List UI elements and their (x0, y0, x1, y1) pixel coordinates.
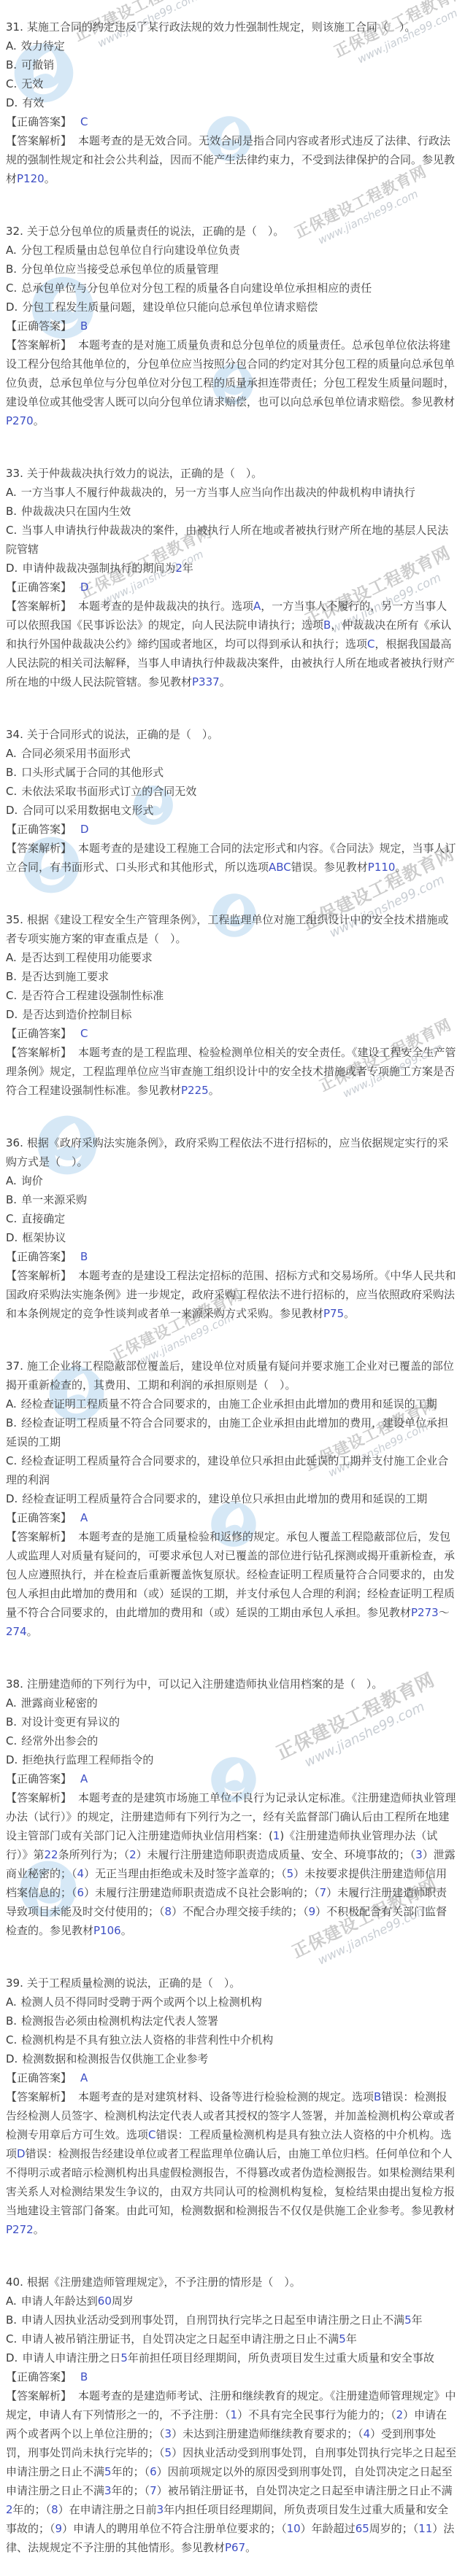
option-line: A.分包工程质量由总包单位自行向建设单位负责 (6, 241, 458, 260)
correct-answer-line: 【正确答案】D (6, 578, 458, 597)
question-stem: 关于合同形式的说法，正确的是（ ）。 (27, 728, 219, 741)
option-text: 询价 (21, 1174, 43, 1187)
option-label: C. (6, 2033, 17, 2047)
option-line: A.效力待定 (6, 36, 458, 55)
analysis-line: 【答案解析】本题考查的是无效合同。无效合同是指合同内容或者形式违反了法律、行政法… (6, 131, 458, 188)
question-number: 34. (6, 728, 23, 741)
analysis-label: 【答案解析】 (6, 600, 72, 613)
option-label: A. (6, 244, 17, 257)
option-line: A.申请人年龄达到60周岁 (6, 2292, 458, 2311)
option-text: 未依法采取书面形式订立的合同无效 (21, 785, 196, 798)
analysis-label: 【答案解析】 (6, 2389, 72, 2402)
option-list: A.经检查证明工程质量不符合合同要求的，由施工企业承担由此增加的费用和延误的工期… (6, 1394, 458, 1508)
option-text: 检测报告必须由检测机构法定代表人签署 (21, 2014, 218, 2028)
option-line: D.经检查证明工程质量符合合同要求的，建设单位只承担由此增加的费用和延误的工期 (6, 1489, 458, 1508)
correct-answer-line: 【正确答案】A (6, 1769, 458, 1788)
option-text: 检测人员不得同时受聘于两个或两个以上检测机构 (21, 1995, 262, 2009)
question-stem: 关于仲裁裁决执行效力的说法，正确的是（ ）。 (27, 467, 263, 480)
option-label: C. (6, 524, 17, 537)
option-label: B. (6, 1416, 17, 1429)
option-label: A. (6, 39, 17, 53)
option-line: D.检测数据和检测报告仅供施工企业参考 (6, 2049, 458, 2068)
option-label: C. (6, 1454, 17, 1467)
analysis-line: 【答案解析】本题考查的是建筑市场施工单位不良行为记录认定标准。《注册建造师执业管… (6, 1788, 458, 1940)
analysis-label: 【答案解析】 (6, 2090, 72, 2103)
option-line: A.一方当事人不履行仲裁裁决的，另一方当事人应当向作出裁决的仲裁机构申请执行 (6, 483, 458, 502)
analysis-label: 【答案解析】 (6, 1530, 72, 1543)
option-label: A. (6, 1174, 17, 1187)
option-line: B.口头形式属于合同的其他形式 (6, 763, 458, 782)
option-label: C. (6, 989, 17, 1002)
option-text: 泄露商业秘密的 (21, 1696, 98, 1710)
option-label: A. (6, 1995, 17, 2009)
question-block: 40.根据《注册建造师管理规定》，不予注册的情形是（ ）。 A.申请人年龄达到6… (6, 2273, 458, 2557)
option-text: 效力待定 (21, 39, 65, 53)
option-list: A.一方当事人不履行仲裁裁决的，另一方当事人应当向作出裁决的仲裁机构申请执行 B… (6, 483, 458, 578)
option-line: C.无效 (6, 74, 458, 93)
option-label: B. (6, 263, 17, 276)
option-text: 分包工程质量由总包单位自行向建设单位负责 (21, 244, 240, 257)
answer-value: A (80, 1511, 88, 1524)
analysis-line: 【答案解析】本题考查的是建设工程施工合同的法定形式和内容。《合同法》规定，当事人… (6, 839, 458, 877)
question-stem-line: 34.关于合同形式的说法，正确的是（ ）。 (6, 725, 458, 744)
option-line: D.申请仲裁裁决强制执行的期间为2年 (6, 559, 458, 578)
question-stem: 根据《政府采购法实施条例》，政府采购工程依法不进行招标的，应当依据规定实行的采购… (6, 1136, 448, 1168)
answer-label: 【正确答案】 (6, 2071, 72, 2084)
analysis-line: 【答案解析】本题考查的是工程监理、检验检测单位相关的安全责任。《建设工程安全生产… (6, 1043, 458, 1100)
answer-value: B (80, 1250, 88, 1263)
option-line: C.是否符合工程建设强制性标准 (6, 986, 458, 1005)
option-text: 分包单位应当接受总承包单位的质量管理 (21, 263, 218, 276)
question-stem: 某施工合同的约定违反了某行政法规的效力性强制性规定，则该施工合同（ ）。 (27, 20, 416, 34)
option-line: A.询价 (6, 1171, 458, 1190)
question-block: 31.某施工合同的约定违反了某行政法规的效力性强制性规定，则该施工合同（ ）。 … (6, 18, 458, 188)
option-label: A. (6, 1696, 17, 1710)
option-label: B. (6, 1715, 17, 1729)
option-line: D.申请人申请注册之日5年前担任项目经理期间，所负责项目发生过重大质量和安全事故 (6, 2348, 458, 2367)
answer-label: 【正确答案】 (6, 2370, 72, 2383)
question-stem-line: 32.关于总分包单位的质量责任的说法，正确的是（ ）。 (6, 222, 458, 241)
question-number: 31. (6, 20, 23, 34)
question-stem-line: 39.关于工程质量检测的说法，正确的是（ ）。 (6, 1974, 458, 1993)
question-number: 37. (6, 1359, 23, 1373)
option-line: B.可撤销 (6, 55, 458, 74)
answer-value: C (80, 115, 88, 128)
question-stem: 关于工程质量检测的说法，正确的是（ ）。 (27, 1976, 241, 1990)
analysis-text: 本题考查的是建造师考试、注册和继续教育的规定。《注册建造师管理规定》中规定，申请… (6, 2389, 456, 2554)
option-list: A.检测人员不得同时受聘于两个或两个以上检测机构 B.检测报告必须由检测机构法定… (6, 1993, 458, 2068)
option-label: D. (6, 1753, 18, 1766)
correct-answer-line: 【正确答案】C (6, 112, 458, 131)
analysis-line: 【答案解析】本题考查的是施工质量检验和返修的规定。承包人覆盖工程隐蔽部位后，发包… (6, 1527, 458, 1641)
option-text: 无效 (21, 77, 43, 90)
answer-value: D (80, 823, 89, 836)
option-label: B. (6, 2313, 17, 2327)
option-label: D. (6, 1008, 18, 1021)
option-label: D. (6, 96, 18, 109)
option-label: C. (6, 785, 17, 798)
analysis-text: 本题考查的是建筑市场施工单位不良行为记录认定标准。《注册建造师执业管理办法（试行… (6, 1791, 456, 1937)
question-list: 31.某施工合同的约定违反了某行政法规的效力性强制性规定，则该施工合同（ ）。 … (6, 18, 458, 2557)
answer-label: 【正确答案】 (6, 319, 72, 333)
option-list: A.泄露商业秘密的 B.对设计变更有异议的 C.经常外出参会的 D.拒绝执行监理… (6, 1694, 458, 1769)
answer-label: 【正确答案】 (6, 1511, 72, 1524)
option-label: A. (6, 747, 17, 760)
option-label: D. (6, 804, 18, 817)
question-sheet: 31.某施工合同的约定违反了某行政法规的效力性强制性规定，则该施工合同（ ）。 … (0, 0, 465, 2576)
option-line: B.单一来源采购 (6, 1190, 458, 1209)
question-number: 40. (6, 2276, 23, 2289)
option-line: D.是否达到造价控制目标 (6, 1005, 458, 1024)
option-line: C.直接确定 (6, 1209, 458, 1228)
correct-answer-line: 【正确答案】A (6, 1508, 458, 1527)
question-number: 36. (6, 1136, 23, 1149)
analysis-text: 本题考查的是施工质量检验和返修的规定。承包人覆盖工程隐蔽部位后，发包人或监理人对… (6, 1530, 455, 1638)
analysis-line: 【答案解析】本题考查的是建设工程法定招标的范围、招标方式和交易场所。《中华人民共… (6, 1266, 458, 1323)
analysis-text: 本题考查的是对施工质量负责和总分包单位的质量责任。总承包单位依法将建设工程分包给… (6, 338, 455, 427)
analysis-line: 【答案解析】本题考查的是对建筑材料、设备等进行检验检测的规定。选项B错误：检测报… (6, 2087, 458, 2239)
option-line: C.经检查证明工程质量符合合同要求的，建设单位只承担由此延误的工期并支付施工企业… (6, 1451, 458, 1489)
option-text: 分包工程发生质量问题，建设单位只能向总承包单位请求赔偿 (22, 300, 318, 314)
answer-label: 【正确答案】 (6, 581, 72, 594)
option-line: B.检测报告必须由检测机构法定代表人签署 (6, 2011, 458, 2030)
option-line: D.拒绝执行监理工程师指令的 (6, 1750, 458, 1769)
option-text: 申请人被吊销注册证书，自处罚决定之日起至申请注册之日止不满5年 (21, 2332, 357, 2346)
option-line: B.经检查证明工程质量不符合合同要求的，由施工企业承担由此增加的费用，建设单位承… (6, 1413, 458, 1451)
option-line: D.合同可以采用数据电文形式 (6, 801, 458, 820)
question-block: 36.根据《政府采购法实施条例》，政府采购工程依法不进行招标的，应当依据规定实行… (6, 1133, 458, 1323)
option-line: D.框架协议 (6, 1228, 458, 1247)
analysis-label: 【答案解析】 (6, 842, 72, 855)
analysis-label: 【答案解析】 (6, 1791, 72, 1804)
question-stem: 施工企业将工程隐蔽部位覆盖后，建设单位对质量有疑问并要求施工企业对已覆盖的部位揭… (6, 1359, 454, 1392)
option-label: B. (6, 970, 17, 983)
correct-answer-line: 【正确答案】B (6, 2367, 458, 2386)
analysis-text: 本题考查的是建设工程法定招标的范围、招标方式和交易场所。《中华人民共和国政府采购… (6, 1269, 456, 1320)
option-label: C. (6, 1734, 17, 1747)
option-label: D. (6, 1492, 18, 1505)
option-label: D. (6, 300, 18, 314)
answer-value: D (80, 581, 89, 594)
question-block: 37.施工企业将工程隐蔽部位覆盖后，建设单位对质量有疑问并要求施工企业对已覆盖的… (6, 1357, 458, 1641)
option-text: 经检查证明工程质量符合合同要求的，建设单位只承担由此增加的费用和延误的工期 (22, 1492, 427, 1505)
question-block: 34.关于合同形式的说法，正确的是（ ）。 A.合同必须采用书面形式 B.口头形… (6, 725, 458, 877)
option-list: A.分包工程质量由总包单位自行向建设单位负责 B.分包单位应当接受总承包单位的质… (6, 241, 458, 317)
option-text: 经常外出参会的 (21, 1734, 98, 1747)
question-stem-line: 40.根据《注册建造师管理规定》，不予注册的情形是（ ）。 (6, 2273, 458, 2292)
question-stem: 根据《建设工程安全生产管理条例》，工程监理单位对施工组织设计中的安全技术措施或者… (6, 913, 448, 945)
option-label: D. (6, 1231, 18, 1244)
option-text: 仲裁裁决只在国内生效 (21, 505, 131, 518)
question-number: 39. (6, 1976, 23, 1990)
analysis-label: 【答案解析】 (6, 338, 72, 352)
question-number: 38. (6, 1677, 23, 1691)
analysis-label: 【答案解析】 (6, 1046, 72, 1059)
option-label: A. (6, 2294, 17, 2308)
option-text: 是否达到施工要求 (21, 970, 109, 983)
option-label: C. (6, 2332, 17, 2346)
analysis-line: 【答案解析】本题考查的是仲裁裁决的执行。选项A，一方当事人不履行的，另一方当事人… (6, 597, 458, 691)
option-list: A.是否达到工程使用功能要求 B.是否达到施工要求 C.是否符合工程建设强制性标… (6, 948, 458, 1024)
answer-label: 【正确答案】 (6, 115, 72, 128)
question-stem-line: 37.施工企业将工程隐蔽部位覆盖后，建设单位对质量有疑问并要求施工企业对已覆盖的… (6, 1357, 458, 1394)
option-text: 当事人申请执行仲裁裁决的案件，由被执行人所在地或者被执行财产所在地的基层人民法院… (6, 524, 448, 556)
answer-value: B (80, 319, 88, 333)
option-line: D.有效 (6, 93, 458, 112)
question-block: 38.注册建造师的下列行为中，可以记入注册建造师执业信用档案的是（ ）。 A.泄… (6, 1675, 458, 1940)
analysis-text: 本题考查的是仲裁裁决的执行。选项A，一方当事人不履行的，另一方当事人可以依照我国… (6, 600, 455, 688)
option-label: B. (6, 2014, 17, 2028)
option-label: C. (6, 282, 17, 295)
option-text: 检测机构是不具有独立法人资格的非营利性中介机构 (21, 2033, 273, 2047)
answer-label: 【正确答案】 (6, 823, 72, 836)
option-text: 申请人年龄达到60周岁 (21, 2294, 134, 2308)
question-stem: 根据《注册建造师管理规定》，不予注册的情形是（ ）。 (27, 2276, 301, 2289)
option-line: C.经常外出参会的 (6, 1731, 458, 1750)
option-line: A.是否达到工程使用功能要求 (6, 948, 458, 967)
question-number: 35. (6, 913, 23, 926)
option-list: A.效力待定 B.可撤销 C.无效 D.有效 (6, 36, 458, 112)
answer-value: A (80, 2071, 88, 2084)
option-label: B. (6, 505, 17, 518)
analysis-label: 【答案解析】 (6, 1269, 72, 1282)
correct-answer-line: 【正确答案】D (6, 820, 458, 839)
correct-answer-line: 【正确答案】B (6, 317, 458, 335)
option-text: 经检查证明工程质量不符合合同要求的，由施工企业承担由此增加的费用，建设单位承担延… (6, 1416, 448, 1448)
answer-value: A (80, 1772, 88, 1785)
option-label: D. (6, 2351, 18, 2364)
analysis-line: 【答案解析】本题考查的是建造师考试、注册和继续教育的规定。《注册建造师管理规定》… (6, 2386, 458, 2557)
answer-value: C (80, 1027, 88, 1040)
option-line: A.检测人员不得同时受聘于两个或两个以上检测机构 (6, 1993, 458, 2011)
option-line: B.对设计变更有异议的 (6, 1712, 458, 1731)
option-text: 拒绝执行监理工程师指令的 (22, 1753, 153, 1766)
option-text: 有效 (22, 96, 44, 109)
option-text: 是否达到造价控制目标 (22, 1008, 131, 1021)
question-stem-line: 38.注册建造师的下列行为中，可以记入注册建造师执业信用档案的是（ ）。 (6, 1675, 458, 1694)
option-list: A.询价 B.单一来源采购 C.直接确定 D.框架协议 (6, 1171, 458, 1247)
question-stem-line: 31.某施工合同的约定违反了某行政法规的效力性强制性规定，则该施工合同（ ）。 (6, 18, 458, 36)
option-label: B. (6, 58, 17, 71)
question-block: 33.关于仲裁裁决执行效力的说法，正确的是（ ）。 A.一方当事人不履行仲裁裁决… (6, 464, 458, 691)
option-line: C.当事人申请执行仲裁裁决的案件，由被执行人所在地或者被执行财产所在地的基层人民… (6, 521, 458, 559)
option-line: B.分包单位应当接受总承包单位的质量管理 (6, 260, 458, 279)
analysis-line: 【答案解析】本题考查的是对施工质量负责和总分包单位的质量责任。总承包单位依法将建… (6, 335, 458, 430)
option-label: D. (6, 562, 18, 575)
correct-answer-line: 【正确答案】B (6, 1247, 458, 1266)
option-list: A.申请人年龄达到60周岁 B.申请人因执业活动受到刑事处罚，自刑罚执行完毕之日… (6, 2292, 458, 2367)
option-line: B.是否达到施工要求 (6, 967, 458, 986)
option-line: C.申请人被吊销注册证书，自处罚决定之日起至申请注册之日止不满5年 (6, 2329, 458, 2348)
analysis-text: 本题考查的是无效合同。无效合同是指合同内容或者形式违反了法律、行政法规的强制性规… (6, 134, 455, 185)
option-text: 经检查证明工程质量符合合同要求的，建设单位只承担由此延误的工期并支付施工企业合理… (6, 1454, 448, 1486)
option-label: A. (6, 486, 17, 499)
option-label: B. (6, 1193, 17, 1206)
option-text: 可撤销 (21, 58, 54, 71)
question-stem-line: 33.关于仲裁裁决执行效力的说法，正确的是（ ）。 (6, 464, 458, 483)
option-label: A. (6, 1397, 17, 1411)
option-text: 框架协议 (22, 1231, 66, 1244)
option-label: A. (6, 951, 17, 964)
option-text: 合同可以采用数据电文形式 (22, 804, 153, 817)
option-text: 对设计变更有异议的 (21, 1715, 120, 1729)
question-number: 32. (6, 225, 23, 238)
question-block: 35.根据《建设工程安全生产管理条例》，工程监理单位对施工组织设计中的安全技术措… (6, 910, 458, 1100)
option-line: B.申请人因执业活动受到刑事处罚，自刑罚执行完毕之日起至申请注册之日止不满5年 (6, 2311, 458, 2329)
option-line: C.未依法采取书面形式订立的合同无效 (6, 782, 458, 801)
option-line: C.检测机构是不具有独立法人资格的非营利性中介机构 (6, 2030, 458, 2049)
question-stem: 注册建造师的下列行为中，可以记入注册建造师执业信用档案的是（ ）。 (27, 1677, 383, 1691)
option-label: B. (6, 766, 17, 779)
analysis-text: 本题考查的是建设工程施工合同的法定形式和内容。《合同法》规定，当事人订立合同，有… (6, 842, 456, 874)
option-line: B.仲裁裁决只在国内生效 (6, 502, 458, 521)
option-text: 申请仲裁裁决强制执行的期间为2年 (22, 562, 193, 575)
option-text: 申请人因执业活动受到刑事处罚，自刑罚执行完毕之日起至申请注册之日止不满5年 (21, 2313, 423, 2327)
option-text: 直接确定 (21, 1212, 65, 1225)
option-line: A.泄露商业秘密的 (6, 1694, 458, 1712)
option-text: 是否达到工程使用功能要求 (21, 951, 153, 964)
option-text: 检测数据和检测报告仅供施工企业参考 (22, 2052, 208, 2065)
option-text: 合同必须采用书面形式 (21, 747, 131, 760)
option-text: 单一来源采购 (21, 1193, 87, 1206)
option-line: A.经检查证明工程质量不符合合同要求的，由施工企业承担由此增加的费用和延误的工期 (6, 1394, 458, 1413)
question-stem-line: 35.根据《建设工程安全生产管理条例》，工程监理单位对施工组织设计中的安全技术措… (6, 910, 458, 948)
option-label: C. (6, 77, 17, 90)
option-text: 口头形式属于合同的其他形式 (21, 766, 164, 779)
question-stem-line: 36.根据《政府采购法实施条例》，政府采购工程依法不进行招标的，应当依据规定实行… (6, 1133, 458, 1171)
question-block: 32.关于总分包单位的质量责任的说法，正确的是（ ）。 A.分包工程质量由总包单… (6, 222, 458, 430)
option-text: 总承包单位与分包单位对分包工程的质量各自向建设单位承担相应的责任 (21, 282, 372, 295)
option-list: A.合同必须采用书面形式 B.口头形式属于合同的其他形式 C.未依法采取书面形式… (6, 744, 458, 820)
option-line: D.分包工程发生质量问题，建设单位只能向总承包单位请求赔偿 (6, 298, 458, 317)
option-label: D. (6, 2052, 18, 2065)
question-number: 33. (6, 467, 23, 480)
analysis-label: 【答案解析】 (6, 134, 72, 147)
analysis-text: 本题考查的是对建筑材料、设备等进行检验检测的规定。选项B错误：检测报告经检测人员… (6, 2090, 455, 2236)
option-text: 是否符合工程建设强制性标准 (21, 989, 164, 1002)
option-label: C. (6, 1212, 17, 1225)
analysis-text: 本题考查的是工程监理、检验检测单位相关的安全责任。《建设工程安全生产管理条例》规… (6, 1046, 456, 1097)
option-line: A.合同必须采用书面形式 (6, 744, 458, 763)
answer-label: 【正确答案】 (6, 1250, 72, 1263)
correct-answer-line: 【正确答案】A (6, 2068, 458, 2087)
option-text: 申请人申请注册之日5年前担任项目经理期间，所负责项目发生过重大质量和安全事故 (22, 2351, 434, 2364)
correct-answer-line: 【正确答案】C (6, 1024, 458, 1043)
question-block: 39.关于工程质量检测的说法，正确的是（ ）。 A.检测人员不得同时受聘于两个或… (6, 1974, 458, 2239)
question-stem: 关于总分包单位的质量责任的说法，正确的是（ ）。 (27, 225, 285, 238)
answer-label: 【正确答案】 (6, 1027, 72, 1040)
answer-value: B (80, 2370, 88, 2383)
option-line: C.总承包单位与分包单位对分包工程的质量各自向建设单位承担相应的责任 (6, 279, 458, 298)
option-text: 经检查证明工程质量不符合合同要求的，由施工企业承担由此增加的费用和延误的工期 (21, 1397, 437, 1411)
answer-label: 【正确答案】 (6, 1772, 72, 1785)
option-text: 一方当事人不履行仲裁裁决的，另一方当事人应当向作出裁决的仲裁机构申请执行 (21, 486, 415, 499)
